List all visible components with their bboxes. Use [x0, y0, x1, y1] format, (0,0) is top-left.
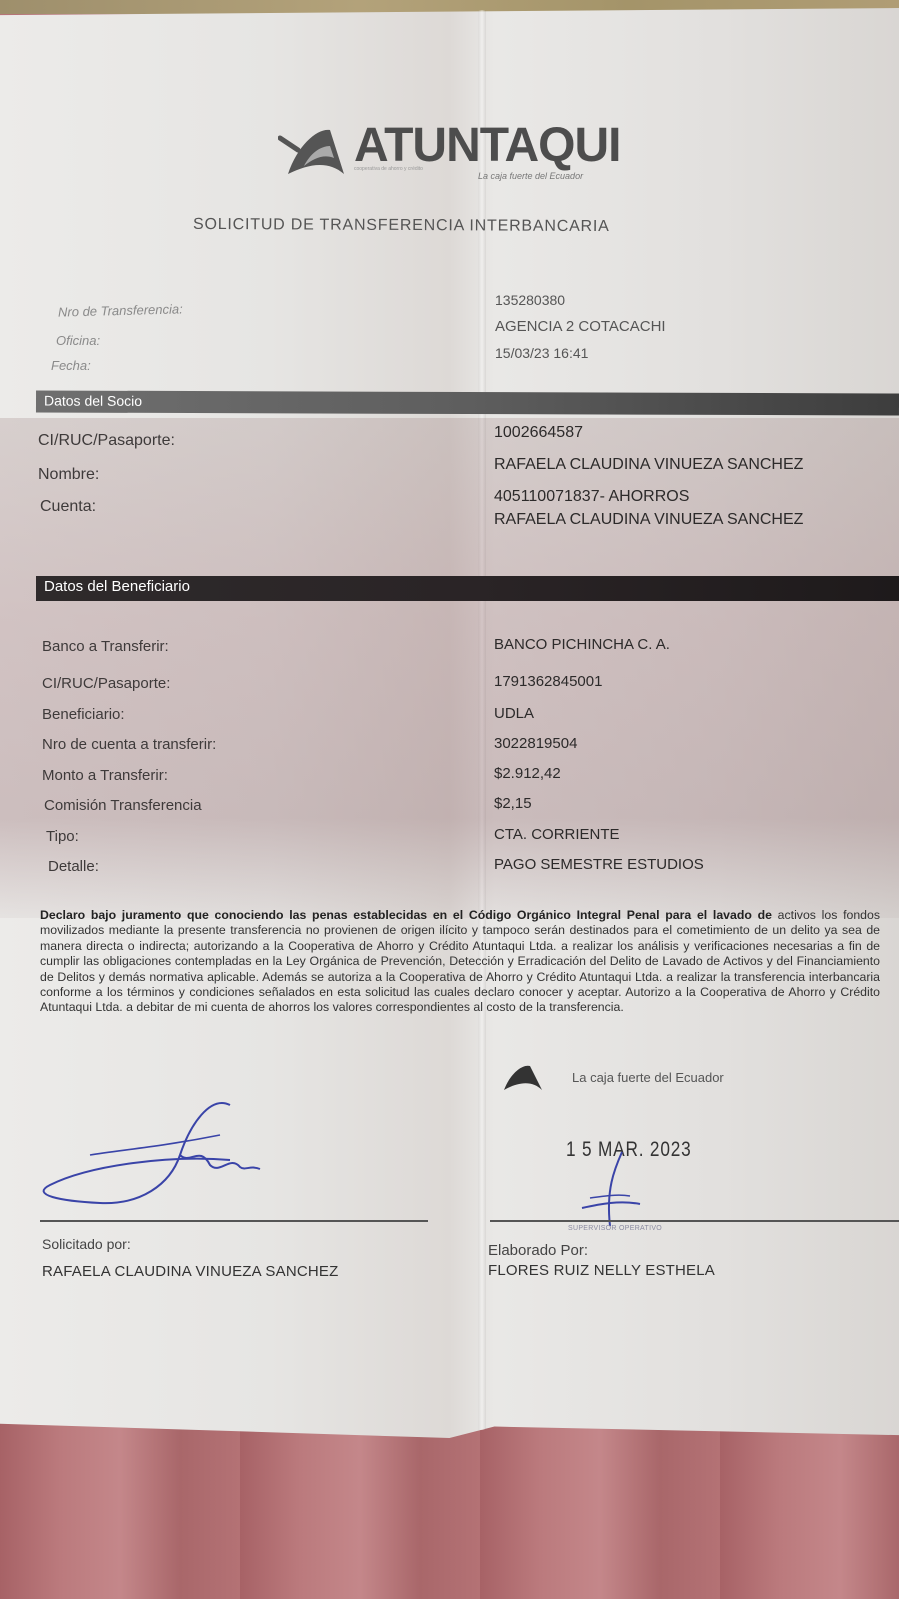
socio-value-id: 1002664587: [494, 424, 583, 442]
benef-label-beneficiary: Beneficiario:: [42, 706, 125, 723]
benef-label-id: CI/RUC/Pasaporte:: [42, 675, 170, 692]
socio-value-name: RAFAELA CLAUDINA VINUEZA SANCHEZ: [494, 456, 803, 474]
legal-body: activos los fondos movilizados mediante …: [40, 908, 880, 1014]
benef-value-fee: $2,15: [494, 795, 532, 812]
atuntaqui-logo-icon: [278, 124, 348, 180]
socio-label-id: CI/RUC/Pasaporte:: [38, 432, 175, 450]
benef-label-detail: Detalle:: [48, 858, 99, 875]
meta-value-transfer-number: 135280380: [495, 292, 565, 308]
meta-label-date: Fecha:: [51, 358, 91, 373]
stamp-role: SUPERVISOR OPERATIVO: [568, 1225, 662, 1232]
signature-left: [30, 1095, 270, 1215]
document-title: SOLICITUD DE TRANSFERENCIA INTERBANCARIA: [193, 216, 610, 236]
socio-value-account-holder: RAFAELA CLAUDINA VINUEZA SANCHEZ: [494, 511, 803, 529]
benef-value-amount: $2.912,42: [494, 765, 561, 782]
benef-value-type: CTA. CORRIENTE: [494, 826, 620, 843]
stamp-tagline: La caja fuerte del Ecuador: [572, 1070, 724, 1085]
signature-line-right: [490, 1220, 899, 1222]
brand-subtitle: cooperativa de ahorro y crédito: [354, 166, 423, 172]
legal-declaration: Declaro bajo juramento que conociendo la…: [40, 908, 880, 1016]
benef-label-bank: Banco a Transferir:: [42, 638, 169, 655]
signature-line-left: [40, 1220, 428, 1222]
brand-logo: ATUNTAQUI cooperativa de ahorro y crédit…: [278, 118, 628, 188]
benef-value-account-number: 3022819504: [494, 735, 577, 752]
benef-label-fee: Comisión Transferencia: [44, 797, 202, 814]
meta-value-office: AGENCIA 2 COTACACHI: [495, 318, 666, 335]
brand-name: ATUNTAQUI: [354, 118, 621, 173]
signature-left-caption: Solicitado por:: [42, 1236, 131, 1252]
section-header-socio: Datos del Socio: [36, 390, 899, 415]
benef-value-bank: BANCO PICHINCHA C. A.: [494, 636, 670, 653]
benef-value-beneficiary: UDLA: [494, 705, 534, 722]
signature-right: [570, 1150, 650, 1230]
benef-label-amount: Monto a Transferir:: [42, 767, 168, 784]
signature-right-caption: Elaborado Por:: [488, 1242, 588, 1259]
brand-tagline: La caja fuerte del Ecuador: [478, 171, 583, 181]
legal-first-line: Declaro bajo juramento que conociendo la…: [40, 908, 772, 922]
stamp-logo-icon: [500, 1062, 546, 1092]
benef-label-type: Tipo:: [46, 828, 79, 845]
signature-left-name: RAFAELA CLAUDINA VINUEZA SANCHEZ: [42, 1263, 338, 1280]
socio-label-name: Nombre:: [38, 466, 99, 484]
meta-value-date: 15/03/23 16:41: [495, 345, 588, 361]
benef-label-account-number: Nro de cuenta a transferir:: [42, 736, 216, 753]
meta-label-office: Oficina:: [56, 333, 100, 348]
socio-label-account: Cuenta:: [40, 498, 96, 516]
benef-value-detail: PAGO SEMESTRE ESTUDIOS: [494, 856, 704, 873]
background-fabric: [0, 1420, 899, 1599]
signature-right-name: FLORES RUIZ NELLY ESTHELA: [488, 1262, 715, 1279]
socio-value-account: 405110071837- AHORROS: [494, 488, 689, 506]
benef-value-id: 1791362845001: [494, 673, 602, 690]
section-header-beneficiario: Datos del Beneficiario: [36, 576, 899, 601]
